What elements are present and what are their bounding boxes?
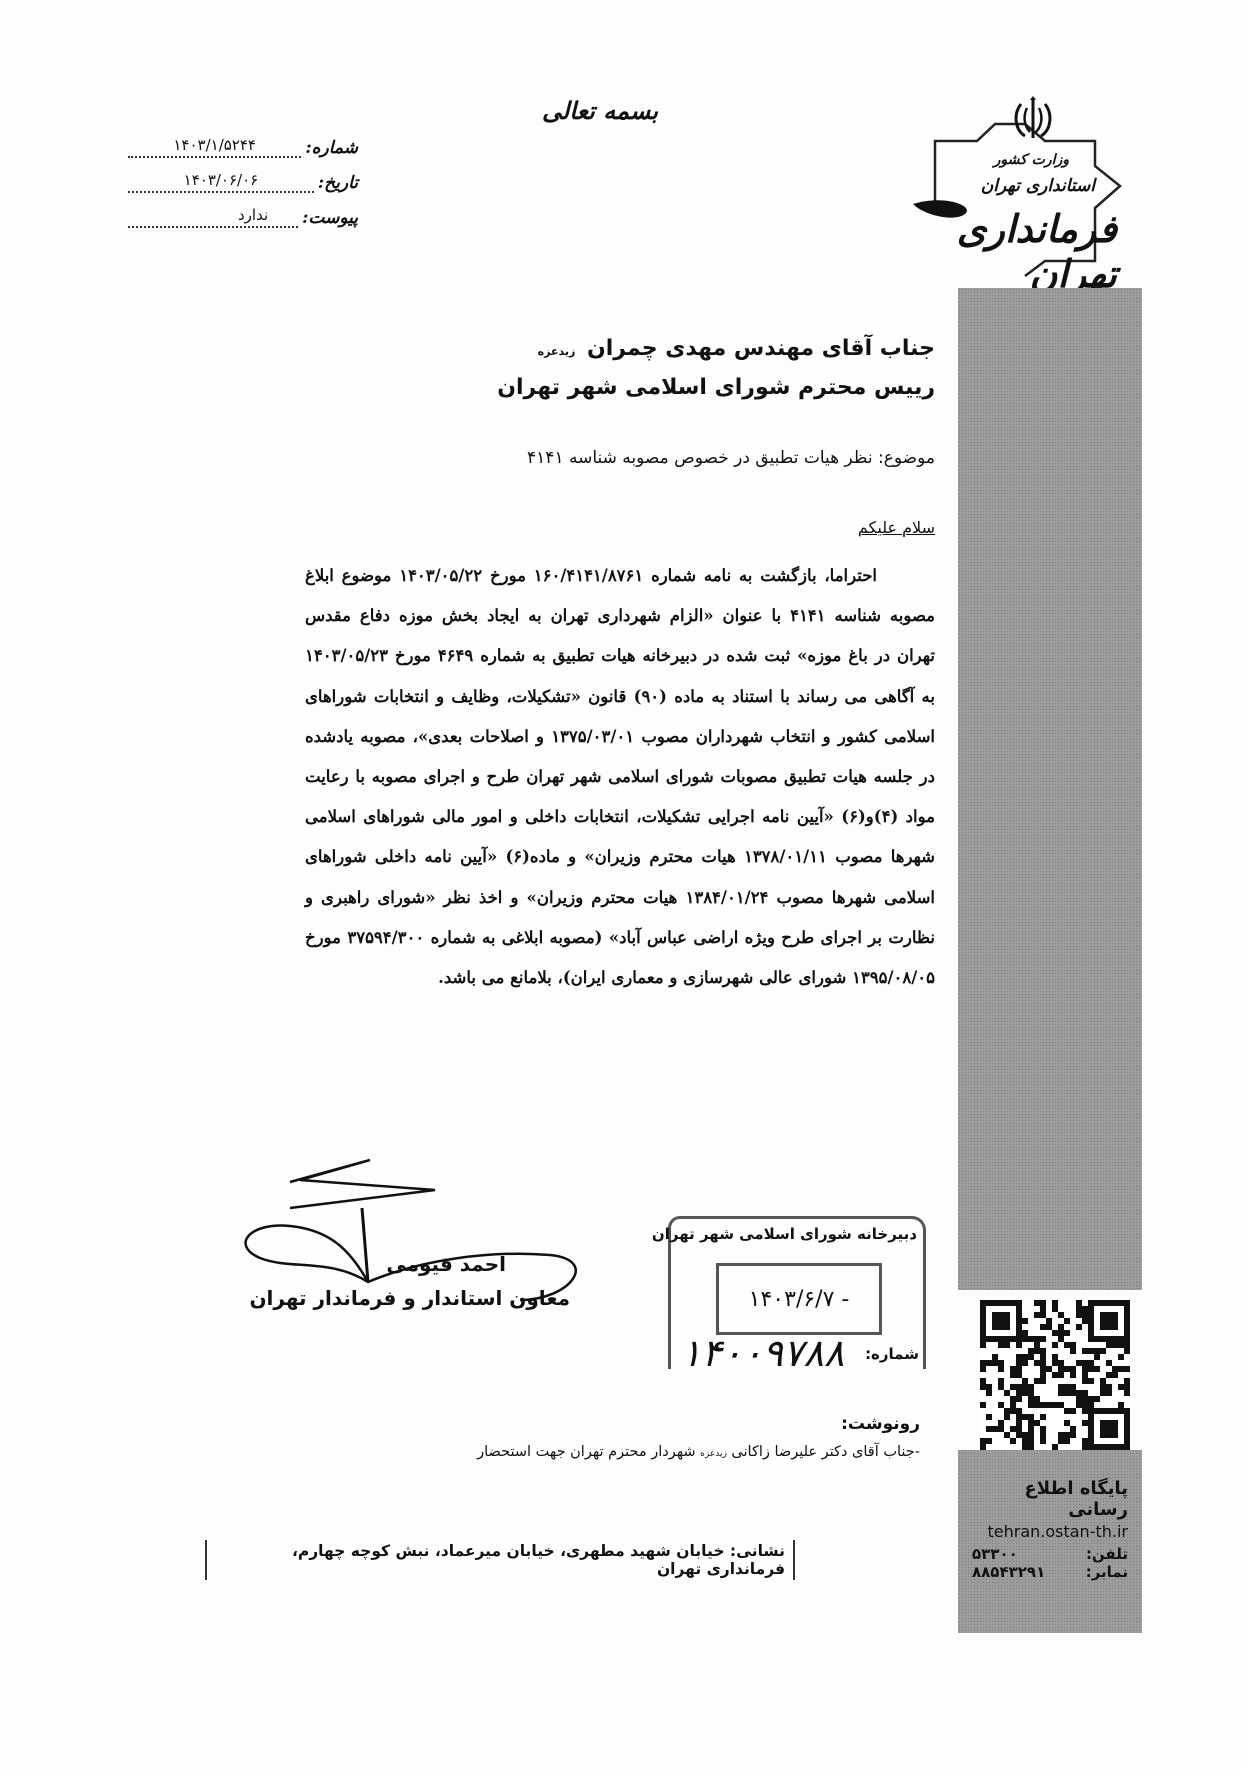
signer-name: احمد قیومی (386, 1252, 506, 1276)
qr-code-icon[interactable] (980, 1300, 1130, 1450)
cc-purpose: شهردار محترم تهران جهت استحضار (477, 1444, 695, 1460)
iran-emblem-icon (1016, 96, 1050, 138)
portal-info: پایگاه اطلاع رسانی tehran.ostan-th.ir تل… (958, 1470, 1142, 1589)
cc-honorific: زیدعزه (700, 1449, 727, 1459)
letter-body: احتراما، بازگشت به نامه شماره ۱۶۰/۴۱۴۱/۸… (305, 556, 935, 998)
stamp-number-value: ۱۴۰۰۹۷۸۸ (681, 1331, 844, 1375)
logo-ostandari-text: استانداری تهران (981, 176, 1095, 196)
fax-label: نمابر: (1086, 1563, 1128, 1581)
greeting: سلام علیکم (858, 518, 935, 537)
phone-label: تلفن: (1086, 1545, 1128, 1563)
meta-number-value: ۱۴۰۳/۱/۵۲۴۴ (128, 136, 301, 158)
meta-date-row: تاریخ: ۱۴۰۳/۰۶/۰۶ (128, 165, 358, 193)
letter-subject: موضوع: نظر هیات تطبیق در خصوص مصوبه شناس… (527, 448, 935, 468)
fax-value: ۸۸۵۴۳۲۹۱ (972, 1563, 1045, 1581)
meta-number-row: شماره: ۱۴۰۳/۱/۵۲۴۴ (128, 130, 358, 158)
portal-url[interactable]: tehran.ostan-th.ir (972, 1522, 1128, 1541)
basmala-heading: بسمه تعالی (540, 96, 660, 125)
phone-value: ۵۳۳۰۰ (972, 1545, 1018, 1563)
addressee-name-line: جناب آقای مهندس مهدی چمران زیدعزه (497, 336, 935, 361)
meta-attachment-label: پیوست: (302, 208, 358, 228)
cc-label: رونوشت: (841, 1414, 920, 1434)
receipt-stamp: دبیرخانه شورای اسلامی شهر تهران ۱۴۰۳/۶/۷… (668, 1216, 926, 1369)
signature-block: احمد قیومی معاون استاندار و فرماندار تهر… (230, 1130, 590, 1320)
logo-farmandari-text: فرمانداری تهران (905, 206, 1117, 296)
meta-attachment-value: ندارد (128, 206, 298, 228)
cc-recipient: -جناب آقای دکتر علیرضا زاکانی (731, 1444, 920, 1460)
portal-title: پایگاه اطلاع رسانی (972, 1478, 1128, 1520)
signer-title: معاون استاندار و فرماندار تهران (249, 1286, 570, 1310)
fax-row: نمابر: ۸۸۵۴۳۲۹۱ (972, 1563, 1128, 1581)
qr-grid (980, 1300, 1130, 1450)
logo-ministry-text: وزارت کشور (994, 152, 1069, 168)
stamp-date: ۱۴۰۳/۶/۷ - (716, 1263, 882, 1335)
greeting-text: سلام علیکم (858, 518, 935, 537)
meta-attachment-row: پیوست: ندارد (128, 200, 358, 228)
letter-meta: شماره: ۱۴۰۳/۱/۵۲۴۴ تاریخ: ۱۴۰۳/۰۶/۰۶ پیو… (128, 130, 358, 235)
footer-address: نشانی: خیابان شهید مطهری، خیابان میرعماد… (205, 1540, 795, 1580)
cc-item: -جناب آقای دکتر علیرضا زاکانی زیدعزه شهر… (477, 1444, 920, 1460)
phone-row: تلفن: ۵۳۳۰۰ (972, 1545, 1128, 1563)
stamp-number-label: شماره: (865, 1345, 919, 1363)
farmandari-logo: وزارت کشور استانداری تهران فرمانداری تهر… (905, 86, 1155, 286)
stamp-title: دبیرخانه شورای اسلامی شهر تهران (652, 1225, 917, 1243)
meta-date-value: ۱۴۰۳/۰۶/۰۶ (128, 171, 314, 193)
addressee-name: جناب آقای مهندس مهدی چمران (587, 336, 935, 361)
addressee-honorific: زیدعزه (538, 345, 576, 358)
meta-date-label: تاریخ: (318, 173, 358, 193)
meta-number-label: شماره: (305, 138, 358, 158)
addressee-position: رییس محترم شورای اسلامی شهر تهران (497, 375, 935, 400)
addressee-block: جناب آقای مهندس مهدی چمران زیدعزه رییس م… (497, 336, 935, 400)
